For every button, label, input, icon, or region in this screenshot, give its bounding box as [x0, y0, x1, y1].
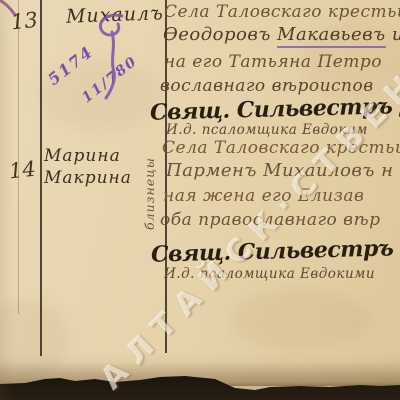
record-text-segment: Ѳеодоровъ	[163, 24, 277, 45]
column-rule-name	[165, 0, 167, 353]
entry-name: Михаилъ	[66, 2, 164, 27]
scan-edge-vignette	[0, 0, 400, 400]
registry-stamp-fraction: 11/780	[79, 53, 141, 106]
clerk-signature: И.д. псаломщика Евдоким	[166, 122, 368, 138]
priest-signature: Свящ. Сильвестръ Да	[151, 234, 400, 267]
record-text-line: ная жена его Елизав	[163, 186, 364, 206]
archival-document-scan: 13 Михаилъ 5174 11/780 Села Таловскаго к…	[0, 0, 400, 400]
column-rule-number	[40, 0, 42, 356]
paper-stain	[300, 20, 400, 100]
page-edge-shadow	[0, 362, 400, 386]
archive-watermark: АЛТАЙСК·СТВЕН	[93, 61, 400, 396]
purple-flourish-mark	[88, 12, 138, 102]
paper-stain	[40, 60, 160, 130]
paper-stain	[230, 290, 370, 350]
row-number: 13	[10, 8, 39, 35]
record-text-line: Парменъ Михаиловъ н	[166, 160, 393, 181]
record-text-segment: и	[386, 24, 400, 45]
row-number: 14	[8, 157, 37, 184]
entry-name-line: Марина	[44, 146, 121, 166]
vertical-margin-note: близнецы	[142, 157, 157, 230]
column-rule-faint	[18, 0, 19, 314]
underlined-surname: Макавьевъ	[277, 24, 386, 48]
record-text-line: на его Татьяна Петро	[164, 52, 382, 72]
entry-name-line: Макрина	[44, 168, 132, 188]
record-text-line: Ѳеодоровъ Макавьевъ и	[163, 24, 400, 45]
paper-stain	[0, 300, 70, 380]
record-text-line: оба православнаго вѣр	[160, 210, 380, 230]
corner-pen-mark	[0, 0, 20, 18]
torn-page-edge	[0, 370, 400, 400]
record-text-line: Села Таловскаго крестьи	[164, 2, 400, 22]
record-text-line: Села Таловскаго крестьи	[162, 138, 400, 158]
priest-signature: Свящ. Сильвестръ Да	[150, 92, 400, 125]
registry-stamp-number: 5174	[44, 42, 97, 89]
record-text-line: вославнаго вѣроиспов	[160, 76, 374, 96]
clerk-signature: И.д. псаломщика Евдокими	[164, 266, 375, 282]
